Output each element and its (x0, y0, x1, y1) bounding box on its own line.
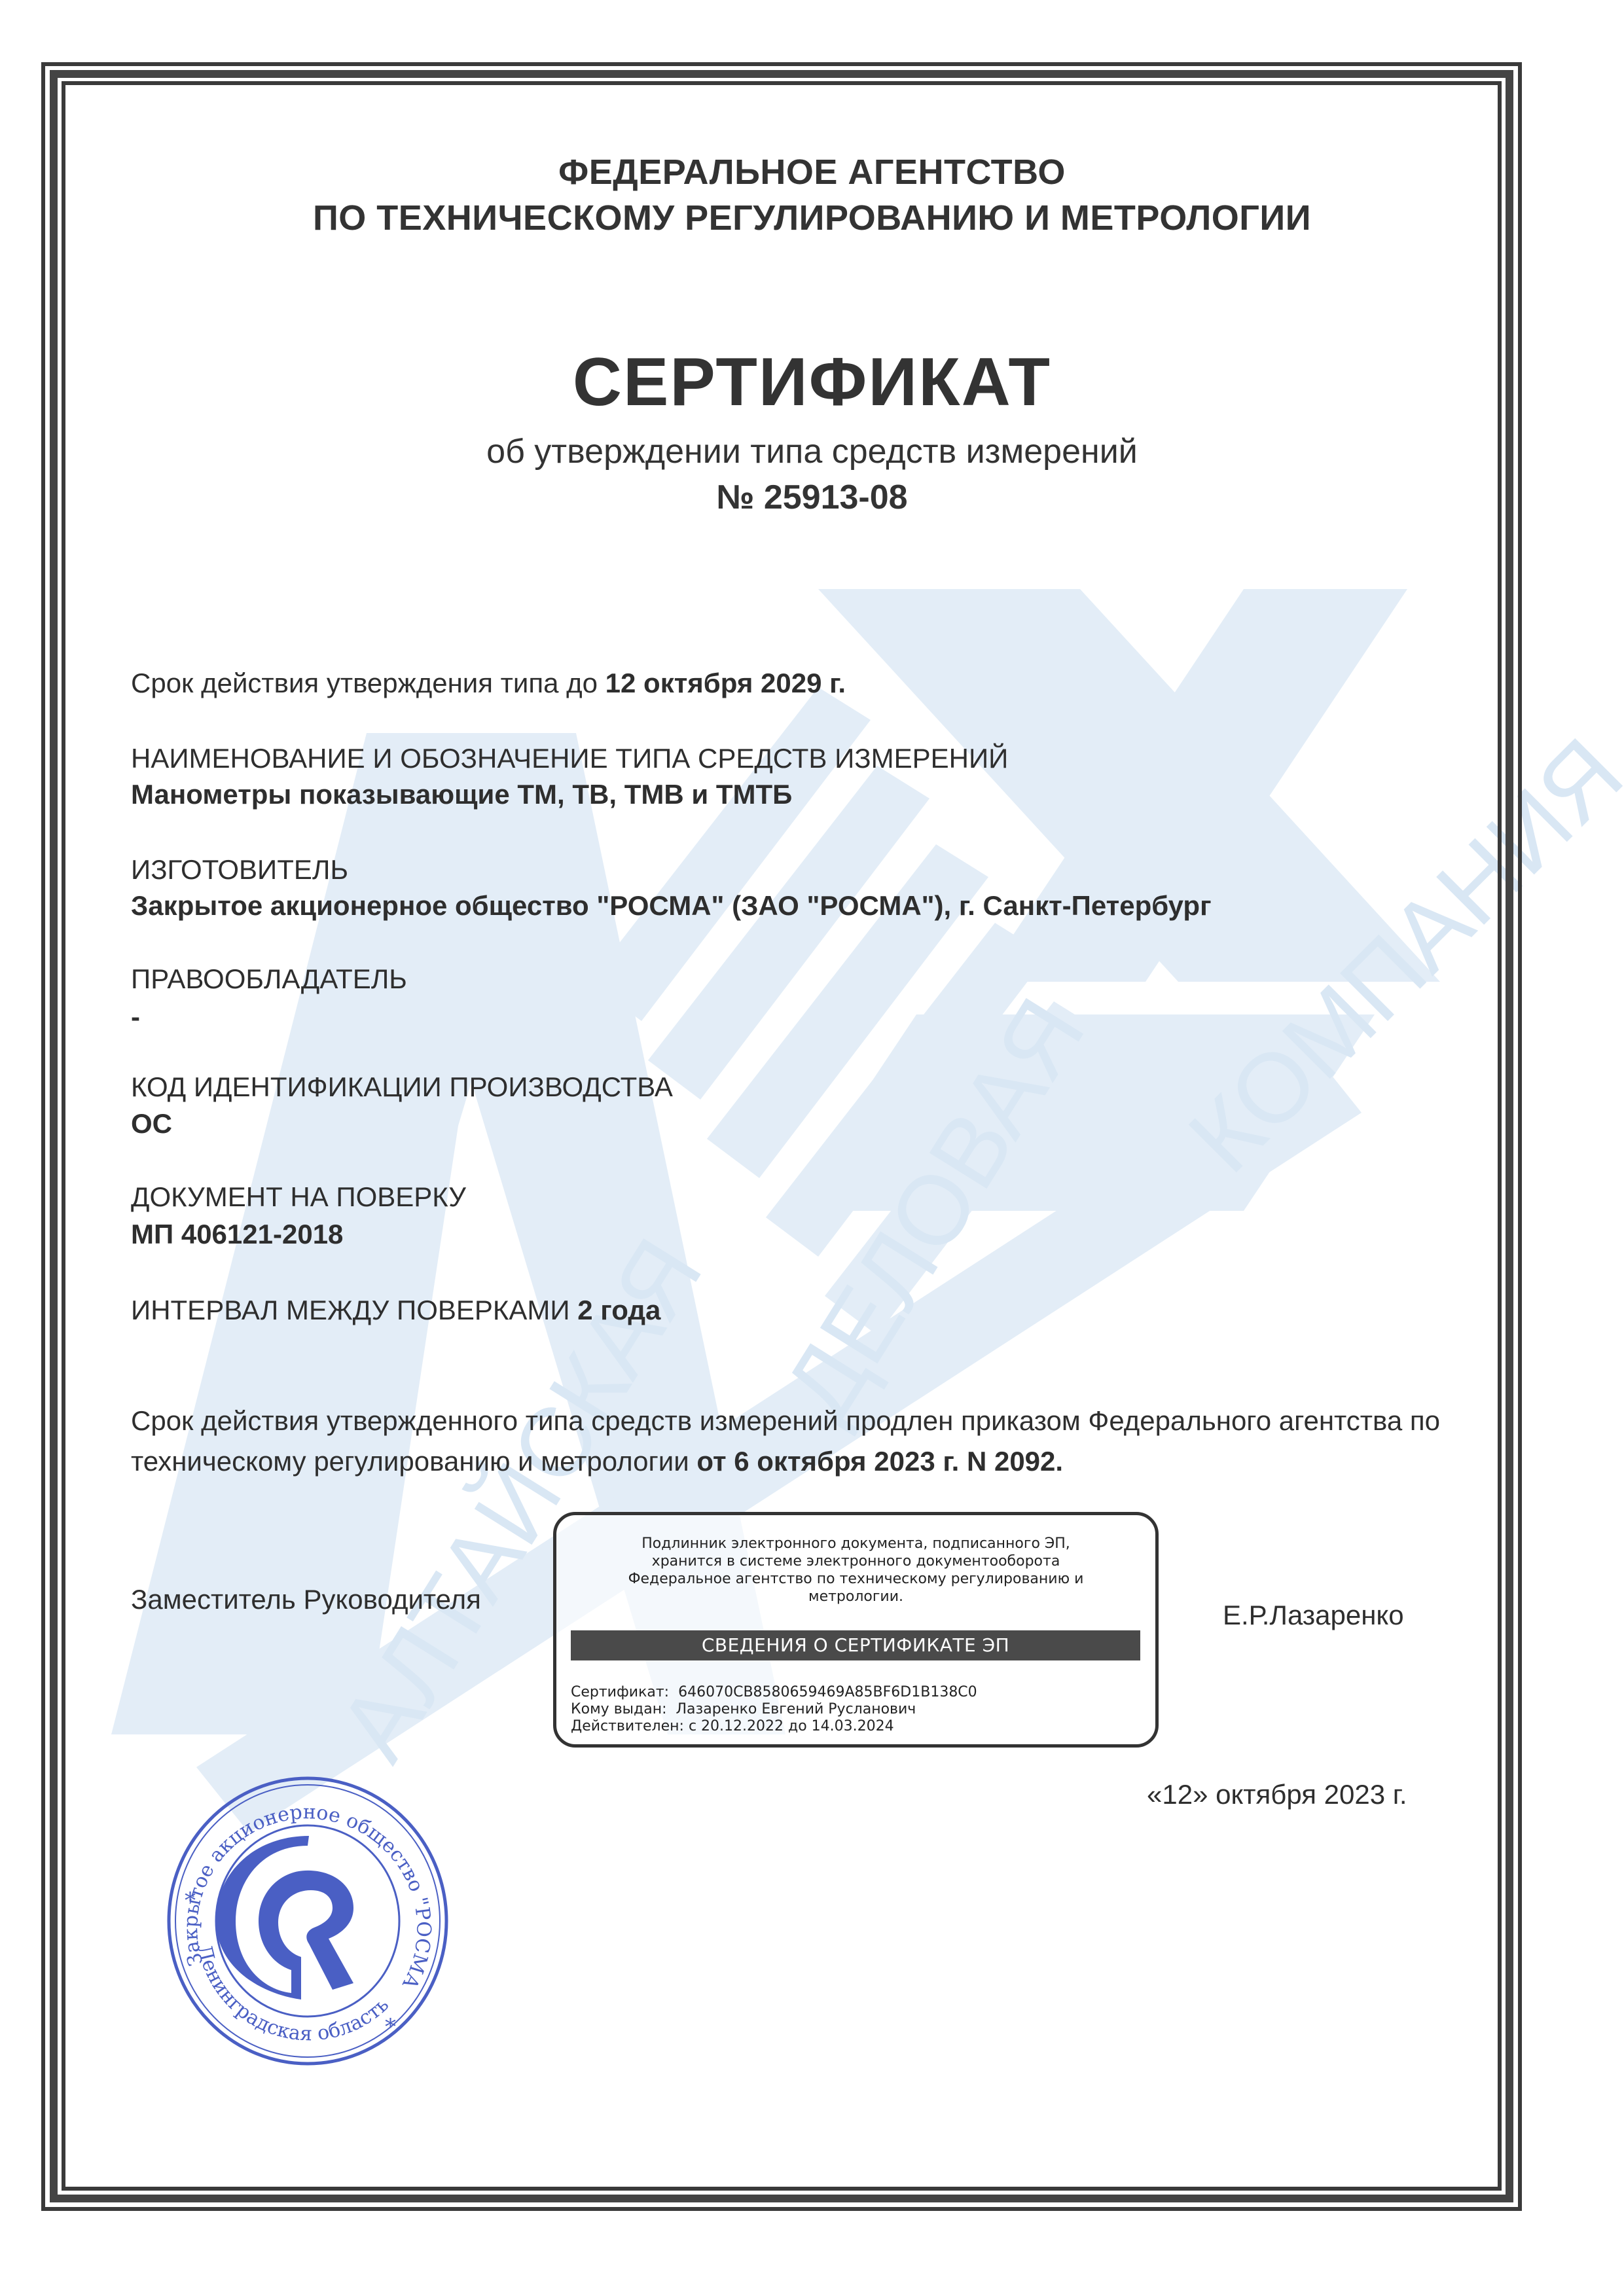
stamp-notice: Подлинник электронного документа, подпис… (556, 1535, 1155, 1605)
e-signature-stamp: Подлинник электронного документа, подпис… (553, 1512, 1159, 1748)
agency-name-line-2: ПО ТЕХНИЧЕСКОМУ РЕГУЛИРОВАНИЮ И МЕТРОЛОГ… (0, 198, 1624, 238)
certificate-title: СЕРТИФИКАТ (0, 344, 1624, 422)
agency-name-line-1: ФЕДЕРАЛЬНОЕ АГЕНТСТВО (0, 152, 1624, 192)
stamp-cert-row: Сертификат: 646070CB8580659469A85BF6D1B1… (571, 1684, 977, 1701)
stamp-cert-value: 646070CB8580659469A85BF6D1B138C0 (678, 1684, 977, 1700)
certificate-number: № 25913-08 (0, 478, 1624, 517)
field-label-manufacturer: ИЗГОТОВИТЕЛЬ (131, 854, 348, 886)
signatory-position: Заместитель Руководителя (131, 1584, 481, 1615)
stamp-cert-info: Сертификат: 646070CB8580659469A85BF6D1B1… (571, 1684, 977, 1735)
seal-star-right: * (385, 2014, 396, 2040)
signatory-name: Е.Р.Лазаренко (1223, 1600, 1404, 1631)
validity-label: Срок действия утверждения типа до (131, 668, 605, 698)
validity-date: 12 октября 2029 г. (605, 668, 846, 698)
stamp-issued-row: Кому выдан: Лазаренко Евгений Русланович (571, 1701, 977, 1718)
interval-value: 2 года (577, 1295, 660, 1325)
interval-line: ИНТЕРВАЛ МЕЖДУ ПОВЕРКАМИ 2 года (131, 1295, 660, 1326)
stamp-cert-label: Сертификат: (571, 1684, 669, 1700)
signature-date: «12» октября 2023 г. (1147, 1779, 1407, 1810)
stamp-issued-label: Кому выдан: (571, 1701, 667, 1717)
extension-order: от 6 октября 2023 г. N 2092. (696, 1446, 1063, 1477)
field-label-rightholder: ПРАВООБЛАДАТЕЛЬ (131, 963, 407, 995)
stamp-issued-value: Лазаренко Евгений Русланович (676, 1701, 916, 1717)
stamp-valid-row: Действителен: с 20.12.2022 до 14.03.2024 (571, 1718, 977, 1735)
field-value-rightholder: - (131, 1001, 140, 1033)
field-value-verification-doc: МП 406121-2018 (131, 1219, 343, 1250)
stamp-notice-line-1: Подлинник электронного документа, подпис… (556, 1535, 1155, 1552)
field-label-production-code: КОД ИДЕНТИФИКАЦИИ ПРОИЗВОДСТВА (131, 1071, 673, 1103)
company-seal: Закрытое акционерное общество "РОСМА" Ле… (157, 1767, 458, 2068)
extension-paragraph: Срок действия утвержденного типа средств… (131, 1401, 1440, 1482)
stamp-band: СВЕДЕНИЯ О СЕРТИФИКАТЕ ЭП (571, 1630, 1140, 1660)
stamp-notice-line-4: метрологии. (556, 1588, 1155, 1605)
certificate-subtitle: об утверждении типа средств измерений (0, 432, 1624, 471)
stamp-valid-label: Действителен: (571, 1718, 684, 1734)
field-value-production-code: ОС (131, 1108, 172, 1139)
interval-label: ИНТЕРВАЛ МЕЖДУ ПОВЕРКАМИ (131, 1295, 577, 1325)
stamp-notice-line-3: Федеральное агентство по техническому ре… (556, 1570, 1155, 1588)
field-label-verification-doc: ДОКУМЕНТ НА ПОВЕРКУ (131, 1181, 466, 1213)
stamp-valid-value: с 20.12.2022 до 14.03.2024 (689, 1718, 894, 1734)
validity-line: Срок действия утверждения типа до 12 окт… (131, 668, 846, 699)
field-label-instrument-type: НАИМЕНОВАНИЕ И ОБОЗНАЧЕНИЕ ТИПА СРЕДСТВ … (131, 743, 1008, 774)
seal-star-left: * (185, 1888, 196, 1914)
stamp-notice-line-2: хранится в системе электронного документ… (556, 1552, 1155, 1570)
field-value-manufacturer: Закрытое акционерное общество "РОСМА" (З… (131, 890, 1212, 922)
field-value-instrument-type: Манометры показывающие ТМ, ТВ, ТМВ и ТМТ… (131, 779, 792, 810)
